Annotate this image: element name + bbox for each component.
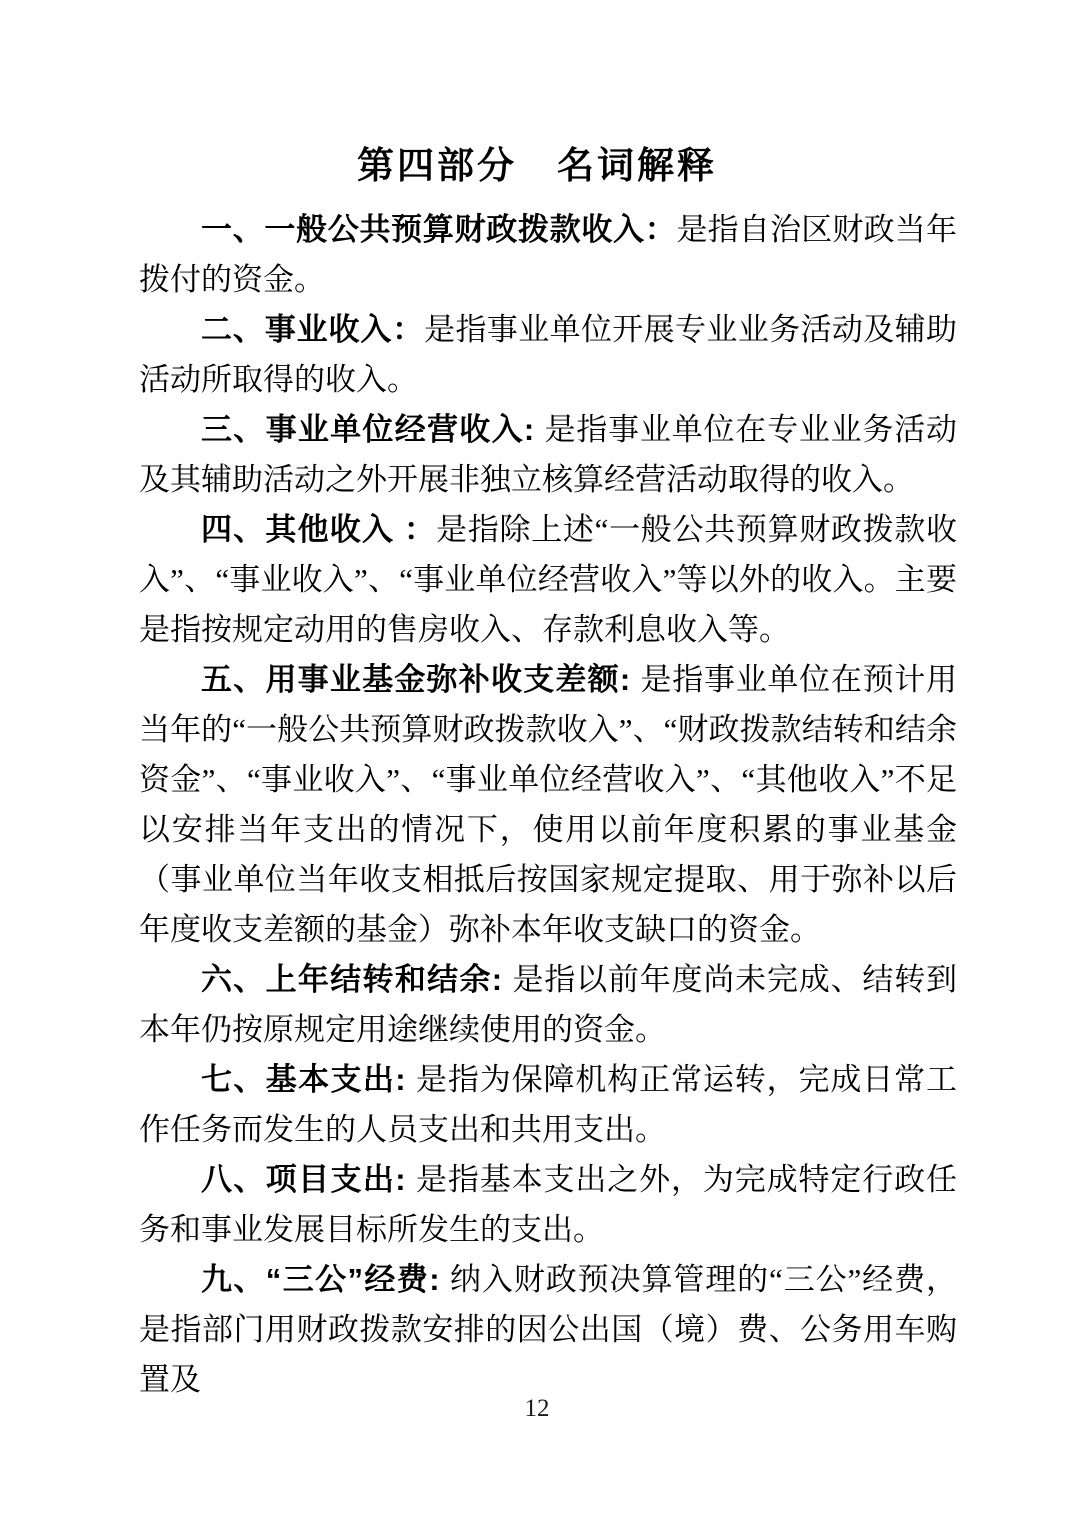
entry-term: 八、项目支出: xyxy=(201,1162,416,1197)
glossary-entry: 九、“三公”经费: 纳入财政预决算管理的“三公”经费，是指部门用财政拨款安排的因… xyxy=(139,1255,957,1405)
entry-term: 九、“三公”经费: xyxy=(201,1262,450,1297)
entry-term: 五、用事业基金弥补收支差额: xyxy=(201,662,641,697)
glossary-entry: 二、事业收入：是指事业单位开展专业业务活动及辅助活动所取得的收入。 xyxy=(139,305,957,405)
glossary-content: 一、一般公共预算财政拨款收入：是指自治区财政当年拨付的资金。 二、事业收入：是指… xyxy=(139,205,957,1405)
glossary-entry: 三、事业单位经营收入: 是指事业单位在专业业务活动及其辅助活动之外开展非独立核算… xyxy=(139,405,957,505)
entry-term: 四、其他收入 ： xyxy=(201,512,436,547)
entry-term: 三、事业单位经营收入: xyxy=(201,412,545,447)
entry-term: 七、基本支出: xyxy=(201,1062,416,1097)
document-page: 第四部分 名词解释 一、一般公共预算财政拨款收入：是指自治区财政当年拨付的资金。… xyxy=(0,0,1074,1520)
glossary-entry: 五、用事业基金弥补收支差额: 是指事业单位在预计用当年的“一般公共预算财政拨款收… xyxy=(139,655,957,955)
glossary-entry: 六、上年结转和结余: 是指以前年度尚未完成、结转到本年仍按原规定用途继续使用的资… xyxy=(139,955,957,1055)
glossary-entry: 一、一般公共预算财政拨款收入：是指自治区财政当年拨付的资金。 xyxy=(139,205,957,305)
entry-term: 六、上年结转和结余: xyxy=(201,962,513,997)
page-number: 12 xyxy=(0,1392,1074,1426)
entry-term: 二、事业收入： xyxy=(201,312,424,347)
glossary-entry: 四、其他收入 ：是指除上述“一般公共预算财政拨款收入”、“事业收入”、“事业单位… xyxy=(139,505,957,655)
entry-definition: 是指事业单位在预计用当年的“一般公共预算财政拨款收入”、“财政拨款结转和结余资金… xyxy=(139,662,957,947)
glossary-entry: 八、项目支出: 是指基本支出之外，为完成特定行政任务和事业发展目标所发生的支出。 xyxy=(139,1155,957,1255)
entry-term: 一、一般公共预算财政拨款收入： xyxy=(201,212,676,247)
glossary-entry: 七、基本支出: 是指为保障机构正常运转，完成日常工作任务而发生的人员支出和共用支… xyxy=(139,1055,957,1155)
page-title: 第四部分 名词解释 xyxy=(0,0,1074,193)
